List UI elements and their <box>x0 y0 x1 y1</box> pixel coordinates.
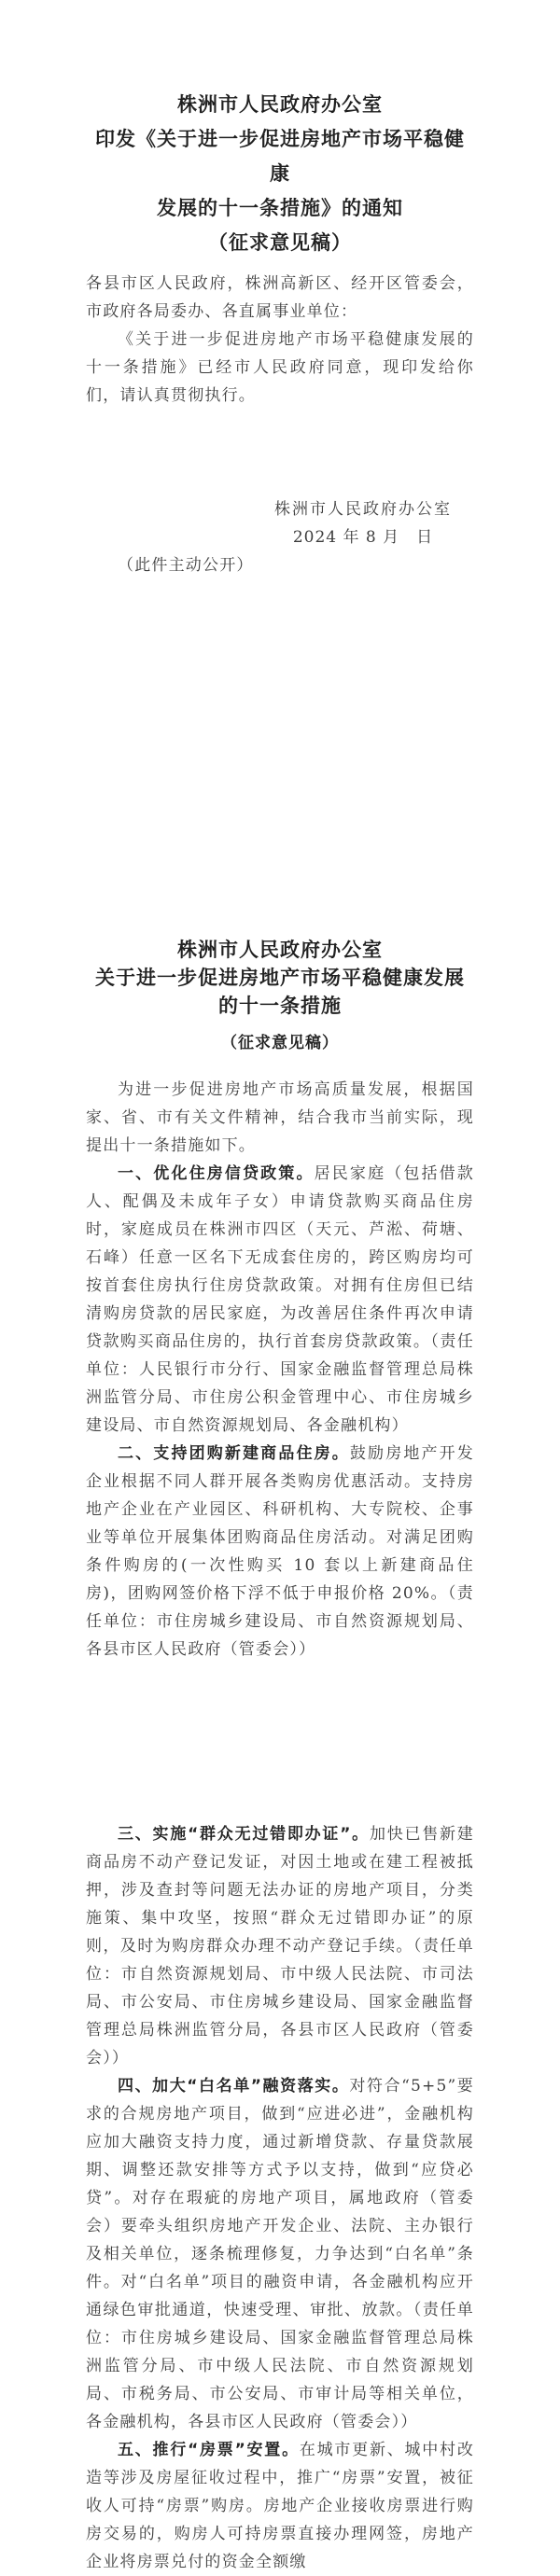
notice-body: 《关于进一步促进房地产市场平稳健康发展的十一条措施》已经市人民政府同意，现印发给… <box>86 326 474 410</box>
measures-draft-note: （征求意见稿） <box>86 1031 474 1055</box>
disclosure-note: （此件主动公开） <box>86 551 474 579</box>
measure-section-3-heading: 三、实施“群众无过错即办证”。 <box>118 1825 370 1844</box>
measures-title-line-1: 株洲市人民政府办公室 <box>86 936 474 964</box>
measure-section-1-heading: 一、优化住房信贷政策。 <box>118 1164 315 1183</box>
measures-title: 株洲市人民政府办公室 关于进一步促进房地产市场平稳健康发展 的十一条措施 <box>86 936 474 1020</box>
document-page: 株洲市人民政府办公室 印发《关于进一步促进房地产市场平稳健康 发展的十一条措施》… <box>0 0 560 2576</box>
measure-section-1-body: 居民家庭（包括借款人、配偶及未成年子女）申请贷款购买商品住房时，家庭成员在株洲市… <box>86 1164 474 1435</box>
notice-title: 株洲市人民政府办公室 印发《关于进一步促进房地产市场平稳健康 发展的十一条措施》… <box>86 88 474 260</box>
signature-org: 株洲市人民政府办公室 <box>274 495 452 523</box>
measures-title-line-3: 的十一条措施 <box>86 992 474 1020</box>
measure-section-5-heading: 五、推行“房票”安置。 <box>118 2441 300 2459</box>
measure-section-3: 三、实施“群众无过错即办证”。加快已售新建商品房不动产登记发证，对因土地或在建工… <box>86 1820 474 2072</box>
measure-section-2: 二、支持团购新建商品住房。鼓励房地产开发企业根据不同人群开展各类购房优惠活动。支… <box>86 1440 474 1664</box>
measure-section-2-body: 鼓励房地产开发企业根据不同人群开展各类购房优惠活动。支持房地产企业在产业园区、科… <box>86 1444 474 1659</box>
notice-title-line-3: 发展的十一条措施》的通知 <box>86 191 474 226</box>
measures-intro: 为进一步促进房地产市场高质量发展，根据国家、省、市有关文件精神，结合我市当前实际… <box>86 1076 474 1160</box>
signature-date: 2024 年 8 月 日 <box>274 523 452 551</box>
measure-section-1: 一、优化住房信贷政策。居民家庭（包括借款人、配偶及未成年子女）申请贷款购买商品住… <box>86 1160 474 1440</box>
measure-section-4: 四、加大“白名单”融资落实。对符合“5+5”要求的合规房地产项目，做到“应进必进… <box>86 2072 474 2436</box>
measure-section-5: 五、推行“房票”安置。在城市更新、城中村改造等涉及房屋征收过程中，推广“房票”安… <box>86 2436 474 2576</box>
signature-block: 株洲市人民政府办公室 2024 年 8 月 日 <box>86 495 474 551</box>
measure-section-2-heading: 二、支持团购新建商品住房。 <box>118 1444 350 1463</box>
measures-title-line-2: 关于进一步促进房地产市场平稳健康发展 <box>86 964 474 992</box>
measure-section-4-heading: 四、加大“白名单”融资落实。 <box>118 2077 349 2096</box>
measure-section-4-body: 对符合“5+5”要求的合规房地产项目，做到“应进必进”，金融机构应加大融资支持力… <box>86 2077 474 2431</box>
notice-addressee: 各县市区人民政府，株洲高新区、经开区管委会，市政府各局委办、各直属事业单位： <box>86 270 474 326</box>
page-break-spacer-1 <box>86 579 474 936</box>
page-break-spacer-2 <box>86 1664 474 1820</box>
notice-title-line-2: 印发《关于进一步促进房地产市场平稳健康 <box>86 122 474 191</box>
notice-title-draft-note: （征求意见稿） <box>86 226 474 260</box>
notice-title-line-1: 株洲市人民政府办公室 <box>86 88 474 122</box>
measure-section-5-body: 在城市更新、城中村改造等涉及房屋征收过程中，推广“房票”安置，被征收人可持“房票… <box>86 2441 474 2571</box>
measure-section-3-body: 加快已售新建商品房不动产登记发证，对因土地或在建工程被抵押，涉及查封等问题无法办… <box>86 1825 474 2068</box>
